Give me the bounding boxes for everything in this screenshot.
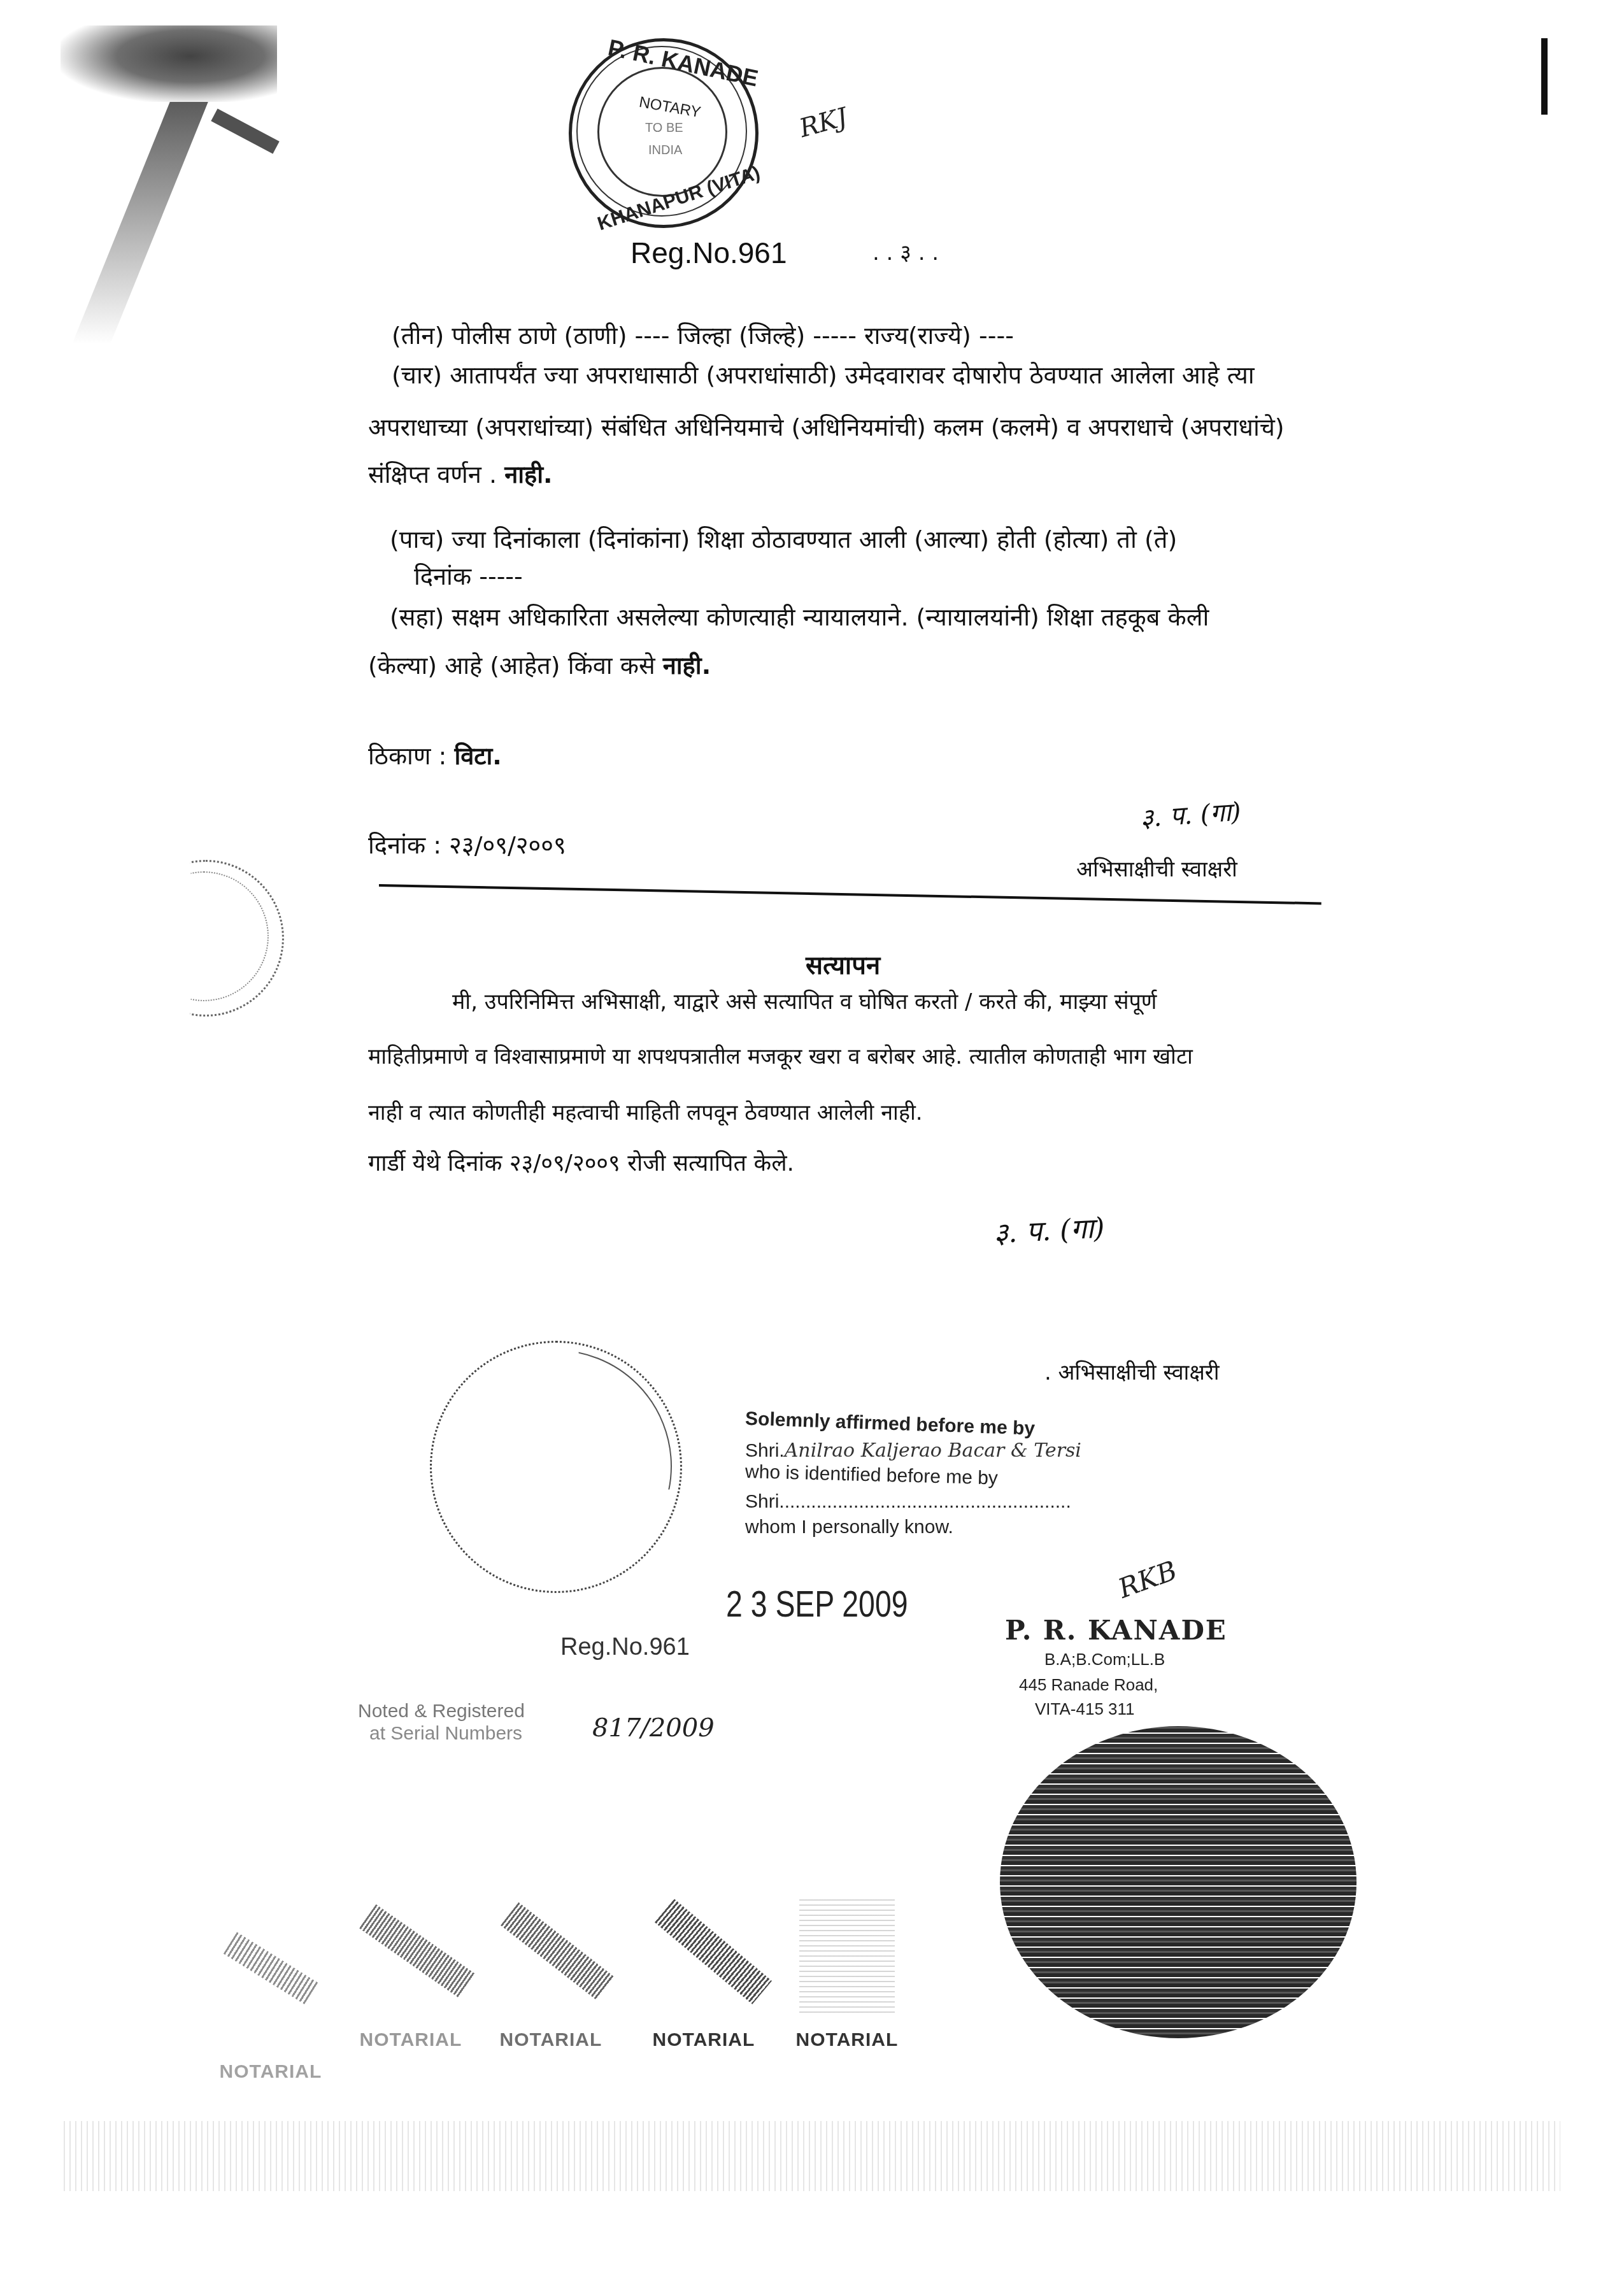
serial-number: 817/2009 — [592, 1713, 715, 1743]
clause-char-3: संक्षिप्त वर्णन . नाही. — [368, 457, 553, 490]
place-label: ठिकाण : — [368, 742, 454, 770]
notarial-stamp-4: NOTARIAL — [650, 1873, 758, 2051]
identifier-blank: ........................................… — [785, 1491, 1071, 1512]
verification-line-2: माहितीप्रमाणे व विश्वासाप्रमाणे या शपथपत… — [368, 1041, 1193, 1070]
notarial-stamp-5: NOTARIAL — [793, 1873, 901, 2051]
faded-seal-left — [127, 860, 293, 1025]
date-value: २३/०९/२००९ — [449, 831, 566, 859]
seal-inner-3: INDIA — [648, 143, 682, 158]
notarial-label-2: NOTARIAL — [357, 2029, 465, 2051]
noted-line-2: at Serial Numbers — [369, 1723, 522, 1745]
notary-seal-top: P. R. KANADE KHANAPUR (VITA) NOTARY TO B… — [569, 38, 760, 229]
notarial-stamp-3: NOTARIAL — [497, 1873, 605, 2051]
signature-caption-2: . अभिसाक्षीची स्वाक्षरी — [1044, 1357, 1220, 1386]
notary-initials: RKB — [1114, 1554, 1181, 1604]
notarial-label-3: NOTARIAL — [497, 2029, 605, 2051]
header-reg-no: Reg.No.961 — [630, 236, 787, 270]
affirmation-shri-2: Shri. — [745, 1491, 785, 1512]
header-initials: RKJ — [796, 103, 850, 143]
verification-line-1: मी, उपरिनिमित्त अभिसाक्षी, याद्वारे असे … — [452, 986, 1157, 1015]
clause-pach-2: दिनांक ----- — [414, 559, 523, 592]
signature-scrawl-2: ३. प. (गा) — [993, 1207, 1106, 1251]
date-line: दिनांक : २३/०९/२००९ — [368, 828, 566, 861]
date-stamp: 2 3 SEP 2009 — [726, 1583, 908, 1625]
clause-saha-2: (केल्या) आहे (आहेत) किंवा कसे नाही. — [368, 648, 711, 682]
affirmation-block: Solemnly affirmed before me by Shri.Anil… — [745, 1414, 1081, 1538]
page-marker: . . ३ . . — [873, 237, 939, 266]
notary-seal-bottom — [430, 1341, 691, 1602]
signature-caption-1: अभिसाक्षीची स्वाक्षरी — [1076, 854, 1237, 883]
notarial-stamp-1: NOTARIAL — [217, 1904, 325, 2083]
scan-noise — [64, 2121, 1560, 2191]
scan-shadow-tail — [72, 102, 208, 344]
embossed-seal — [1000, 1726, 1357, 2038]
notarial-label-1: NOTARIAL — [217, 2061, 325, 2083]
clause-saha-2-prefix: (केल्या) आहे (आहेत) किंवा कसे — [368, 652, 663, 680]
edge-mark — [1541, 38, 1548, 115]
place-value: विटा. — [454, 742, 501, 770]
affirmation-shri-1: Shri. — [745, 1440, 785, 1461]
clause-char-1: (चार) आतापर्यंत ज्या अपराधासाठी (अपराधां… — [392, 358, 1255, 391]
clause-saha-1: (सहा) सक्षम अधिकारिता असलेल्या कोणत्याही… — [390, 600, 1209, 633]
notary-address-2: VITA-415 311 — [1035, 1699, 1135, 1719]
notary-address-1: 445 Ranade Road, — [1019, 1675, 1158, 1695]
verification-line-4: गार्डी येथे दिनांक २३/०९/२००९ रोजी सत्या… — [368, 1146, 794, 1178]
clause-pach-1: (पाच) ज्या दिनांकाला (दिनांकांना) शिक्षा… — [390, 522, 1177, 555]
place-line: ठिकाण : विटा. — [368, 739, 502, 772]
noted-line-1: Noted & Registered — [358, 1701, 525, 1722]
verification-title: सत्यापन — [806, 946, 880, 982]
notary-name: P. R. KANADE — [1005, 1615, 1227, 1646]
verification-line-3: नाही व त्यात कोणतीही महत्वाची माहिती लपव… — [368, 1097, 923, 1126]
notarial-label-4: NOTARIAL — [650, 2029, 758, 2051]
notary-degrees: B.A;B.Com;LL.B — [1044, 1650, 1165, 1669]
clause-char-3-answer: नाही. — [504, 461, 552, 489]
affirmation-line-2: Shri.Anilrao Kaljerao Bacar & Tersi — [745, 1439, 1081, 1462]
seal-inner-2: TO BE — [645, 121, 683, 136]
affirmation-line-4: Shri....................................… — [745, 1491, 1081, 1513]
divider-line — [379, 884, 1321, 904]
affirmation-line-1: Solemnly affirmed before me by — [745, 1408, 1082, 1441]
bottom-reg-no: Reg.No.961 — [560, 1634, 690, 1661]
affirmant-name: Anilrao Kaljerao Bacar & Tersi — [785, 1439, 1081, 1462]
notarial-label-5: NOTARIAL — [793, 2029, 901, 2051]
scan-shadow-knot — [211, 108, 279, 154]
date-label: दिनांक : — [368, 831, 449, 859]
clause-char-2: अपराधाच्या (अपराधांच्या) संबंधित अधिनियम… — [368, 410, 1285, 443]
clause-char-3-prefix: संक्षिप्त वर्णन . — [368, 461, 504, 489]
scan-shadow — [61, 25, 277, 102]
clause-teen: (तीन) पोलीस ठाणे (ठाणी) ---- जिल्हा (जिल… — [392, 318, 1014, 352]
notarial-stamp-2: NOTARIAL — [357, 1873, 465, 2051]
clause-saha-2-answer: नाही. — [663, 652, 711, 680]
affirmation-line-5: whom I personally know. — [745, 1517, 1081, 1538]
signature-scrawl-1: ३. प. (गा) — [1139, 793, 1242, 835]
affirmation-line-3: who is identified before me by — [745, 1461, 1082, 1492]
